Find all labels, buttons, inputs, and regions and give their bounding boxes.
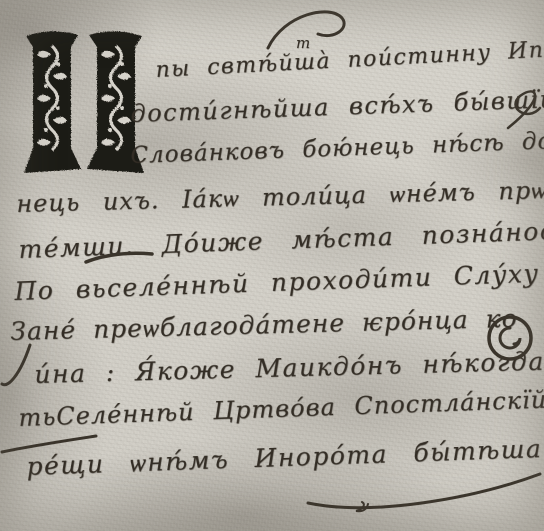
superscript-letter-t: т: [296, 34, 310, 52]
text-line-2: дости́гнѣйша всѣ́хъ бы́вшїи: [130, 85, 544, 128]
end-squiggle-mark: [356, 502, 368, 511]
text-line-3: Слова́нковъ бою́нець нѣ́сѣ доно: [130, 127, 544, 169]
text-line-4: нець ихъ. Іа́кѡ толи́ца ѡне́мъ прѡ: [16, 176, 544, 219]
text-line-8: и́на : Я́коже Маикдо́нъ нѣ́когда .: [34, 346, 544, 389]
text-line-6: По вьселе́ннѣй проходи́ти Слу́ху: [14, 259, 540, 306]
descender-tail-line7: [2, 345, 30, 385]
manuscript-page: пы свтѣ́йша̀ пои́стинну Ипре дости́гнѣйш…: [0, 0, 544, 531]
text-line-5: те́мши. До́иже мѣ́ста позна́носѣ: [18, 215, 544, 264]
text-line-10: ре́щи ѡнѣ́мъ Иноро́та бы́тѣша: [26, 434, 543, 482]
underline-swash-line10: [308, 474, 540, 508]
ornamental-initial-P: [22, 26, 146, 176]
initial-letter-strokes: [24, 31, 144, 173]
text-line-7: Зане́ преѡблагода́тене ѥро́нца ко: [10, 304, 518, 347]
initial-letter-art: [22, 26, 146, 176]
text-line-9: тьСеле́ннѣй Цртво́ва Спостла́нскїй: [18, 386, 544, 432]
text-line-1: пы свтѣ́йша̀ пои́стинну Ипре: [155, 36, 544, 83]
